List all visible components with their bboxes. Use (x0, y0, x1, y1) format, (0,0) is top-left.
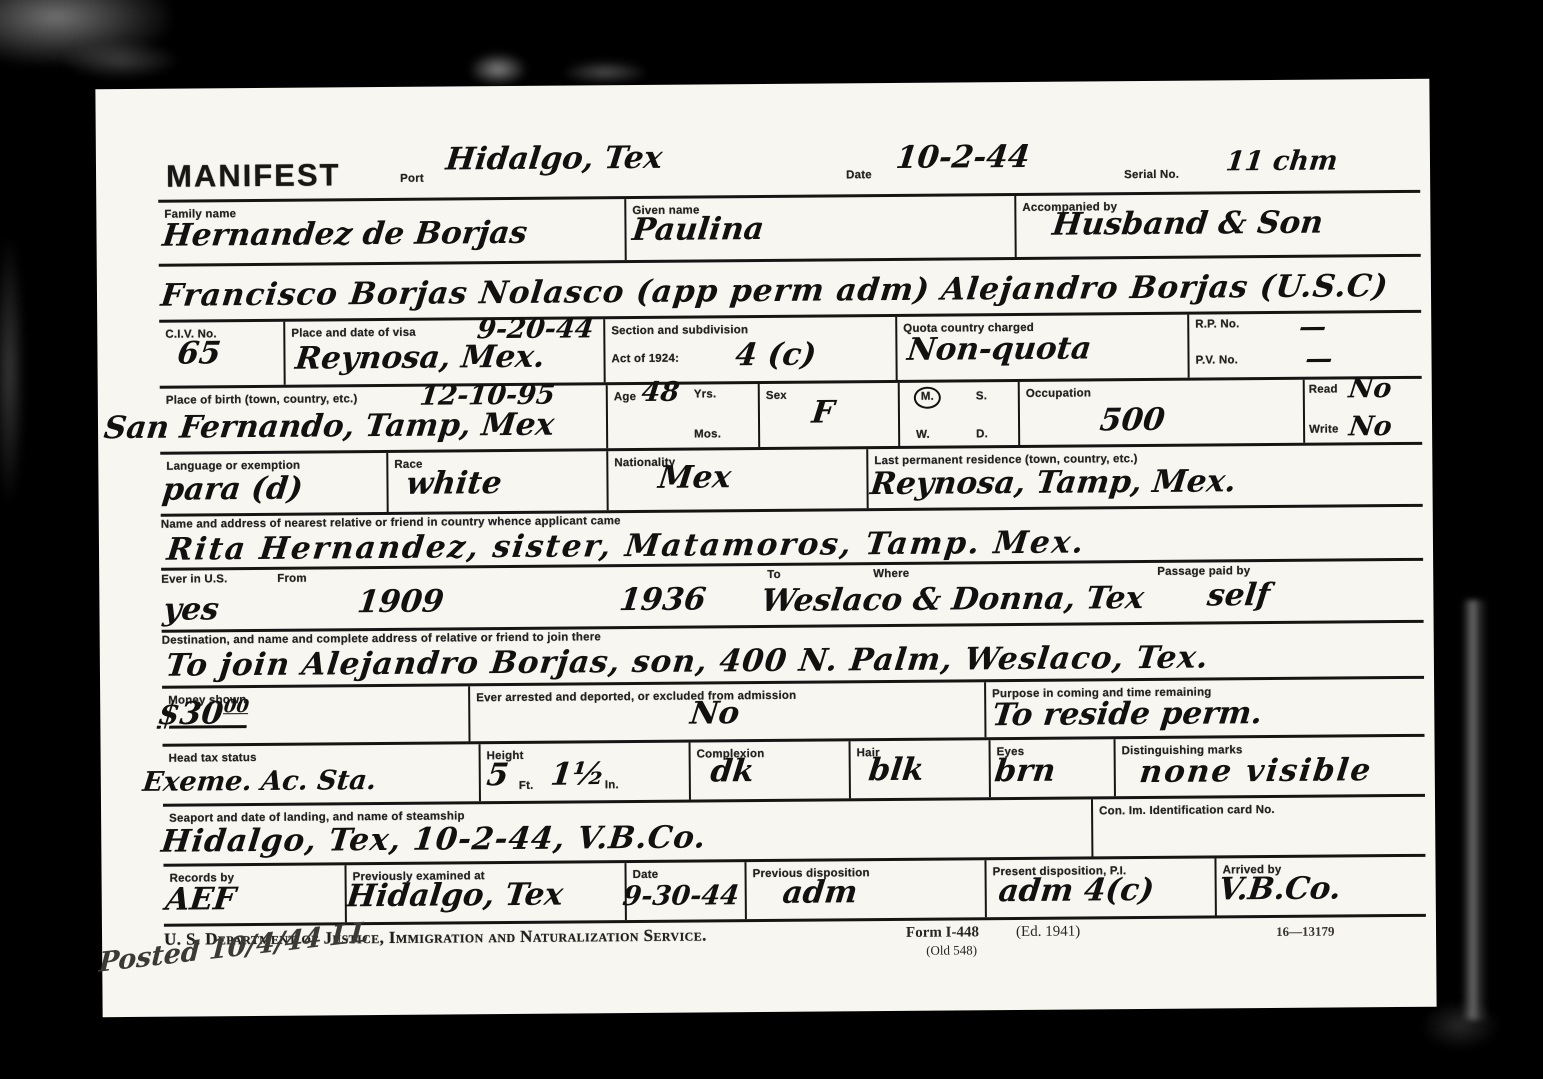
given-name-cell: Given name Paulina (626, 196, 1016, 260)
records-by-value: AEF (164, 884, 237, 916)
serial-label: Serial No. (1124, 169, 1179, 182)
family-name-value: Hernandez de Borjas (161, 218, 529, 252)
serial-value: 11 chm (1224, 147, 1339, 175)
to-label: To (767, 569, 781, 582)
hair-cell: Hair blk (851, 740, 991, 798)
passage-value: self (1206, 580, 1272, 612)
race-value: white (405, 468, 504, 500)
write-label: Write (1309, 423, 1339, 436)
birth-label: Place of birth (town, country, etc.) (166, 393, 358, 408)
age-label: Age (614, 391, 636, 404)
seaport-value: Hidalgo, Tex, 10-2-44, V.B.Co. (160, 822, 709, 857)
accompanying-persons-row: Francisco Borjas Nolasco (app perm adm) … (159, 257, 1421, 323)
form-edition: (Ed. 1941) (1016, 924, 1080, 942)
birth-place-value: San Fernando, Tamp, Mex (102, 410, 556, 445)
scan-smudge (1420, 1000, 1500, 1050)
birth-row: Place of birth (town, country, etc.) 12-… (160, 379, 1422, 455)
marks-value: none visible (1138, 755, 1374, 788)
rp-label: R.P. No. (1195, 318, 1239, 331)
to-value: 1936 (618, 584, 708, 616)
purpose-cell: Purpose in coming and time remaining To … (986, 679, 1424, 737)
scan-edge-strip (1462, 600, 1488, 1020)
marital-divorced: D. (976, 428, 988, 441)
section-label: Section and subdivision (611, 324, 748, 338)
pv-value: — (1304, 346, 1334, 373)
family-name-cell: Family name Hernandez de Borjas (158, 199, 626, 264)
age-mos-label: Mos. (694, 428, 721, 441)
port-value: Hidalgo, Tex (444, 143, 664, 176)
from-value: 1909 (356, 587, 446, 619)
section-cell: Section and subdivision Act of 1924: 4 (… (605, 317, 897, 382)
visa-place-date-cell: Place and date of visa 9-20-44 Reynosa, … (285, 319, 605, 385)
age-cell: Age 48 Yrs. Mos. (608, 384, 760, 448)
marital-single: S. (976, 390, 987, 403)
money-value: $3000 (156, 698, 249, 730)
scan-smudge (0, 0, 170, 65)
civ-cell: C.I.V. No. 65 (159, 322, 285, 386)
seaport-cell: Seaport and date of landing, and name of… (163, 799, 1091, 863)
examined-date-cell: Date 9-30-44 (626, 862, 746, 920)
language-cell: Language or exemption para (d) (160, 453, 388, 514)
form-old-number: (Old 548) (926, 942, 977, 958)
residence-cell: Last permanent residence (town, country,… (868, 445, 1422, 508)
headtax-cell: Head tax status Exeme. Ac. Sta. (163, 744, 481, 803)
arrested-value: No (689, 698, 742, 729)
height-in-label: In. (605, 779, 619, 792)
sex-cell: Sex F (760, 383, 900, 447)
eyes-value: brn (993, 756, 1057, 788)
destination-value: To join Alejandro Borjas, son, 400 N. Pa… (164, 643, 1210, 682)
previous-disposition-value: adm (781, 877, 859, 909)
occupation-label: Occupation (1026, 387, 1091, 401)
money-cell: Money shown $3000 (162, 686, 470, 743)
scan-smudge (60, 40, 180, 80)
visa-row: C.I.V. No. 65 Place and date of visa 9-2… (159, 313, 1421, 389)
header-row: MANIFEST Port Hidalgo, Tex Date 10-2-44 … (158, 129, 1420, 203)
eyes-cell: Eyes brn (991, 739, 1116, 797)
quota-cell: Quota country charged Non-quota (897, 315, 1189, 380)
given-name-value: Paulina (631, 214, 766, 246)
height-ft-label: Ft. (519, 780, 534, 793)
where-label: Where (873, 568, 909, 581)
form-number: Form I-448 (906, 924, 979, 942)
hair-value: blk (867, 755, 925, 786)
headtax-label: Head tax status (169, 752, 257, 766)
write-value: No (1348, 413, 1394, 440)
where-value: Weslaco & Donna, Tex (760, 583, 1146, 617)
examined-cell: Previously examined at Hidalgo, Tex (346, 863, 626, 922)
height-in-value: 1½ (549, 759, 606, 790)
read-value: No (1347, 375, 1393, 402)
birth-cell: Place of birth (town, country, etc.) 12-… (160, 385, 608, 452)
records-row: Records by AEF Previously examined at Hi… (163, 857, 1425, 927)
arrested-label: Ever arrested and deported, or excluded … (476, 690, 796, 706)
relative-value: Rita Hernandez, sister, Matamoros, Tamp.… (165, 527, 1087, 565)
names-row: Family name Hernandez de Borjas Given na… (158, 193, 1420, 267)
present-disposition-value: adm 4(c) (997, 875, 1156, 907)
accompanying-persons-value: Francisco Borjas Nolasco (app perm adm) … (159, 271, 1390, 312)
admission-row: Money shown $3000 Ever arrested and depo… (162, 679, 1424, 747)
act-value: 4 (c) (734, 340, 818, 372)
language-value: para (d) (161, 474, 305, 506)
visa-place-value: Reynosa, Mex. (294, 342, 547, 375)
manifest-content: MANIFEST Port Hidalgo, Tex Date 10-2-44 … (158, 129, 1427, 973)
us-history-row: Ever in U.S. yes From 1909 To 1936 Where… (161, 561, 1423, 633)
accompanied-value: Husband & Son (1051, 208, 1325, 241)
ever-in-us-value: yes (162, 594, 221, 625)
sex-value: F (810, 397, 836, 428)
headtax-value: Exeme. Ac. Sta. (141, 767, 378, 796)
examined-date-value: 9-30-44 (621, 882, 740, 910)
marital-married-circled: M. (914, 387, 941, 409)
id-card-label: Con. Im. Identification card No. (1099, 804, 1275, 818)
complexion-cell: Complexion dk (691, 741, 851, 799)
scan-smudge (560, 60, 650, 86)
age-yrs-label: Yrs. (694, 388, 717, 401)
date-value: 10-2-44 (894, 142, 1031, 174)
quota-value: Non-quota (906, 333, 1093, 365)
read-label: Read (1309, 384, 1338, 397)
sex-label: Sex (766, 390, 787, 403)
manifest-title: MANIFEST (166, 157, 341, 194)
purpose-value: To reside perm. (991, 698, 1264, 731)
rp-pv-cell: R.P. No. — P.V. No. — (1189, 313, 1421, 378)
act-label: Act of 1924: (611, 353, 679, 367)
complexion-value: dk (709, 756, 756, 787)
visa-place-date-label: Place and date of visa (291, 327, 416, 341)
relative-row: Name and address of nearest relative or … (161, 507, 1423, 571)
occupation-value: 500 (1098, 405, 1166, 437)
arrived-by-value: V.B.Co. (1217, 873, 1343, 905)
nationality-value: Mex (657, 462, 733, 494)
pv-label: P.V. No. (1195, 354, 1238, 367)
landing-row: Seaport and date of landing, and name of… (163, 797, 1425, 867)
marks-cell: Distinguishing marks none visible (1116, 737, 1425, 796)
accompanied-cell: Accompanied by Husband & Son (1016, 193, 1420, 257)
from-label: From (277, 573, 307, 586)
previous-disposition-cell: Previous disposition adm (746, 860, 986, 919)
arrested-cell: Ever arrested and deported, or excluded … (470, 682, 986, 741)
height-ft-value: 5 (485, 760, 510, 791)
print-code: 16—13179 (1276, 924, 1335, 940)
scan-smudge (0, 240, 24, 500)
present-disposition-cell: Present disposition, P.I. adm 4(c) (986, 858, 1216, 917)
physical-row: Head tax status Exeme. Ac. Sta. Height 5… (163, 737, 1425, 807)
port-label: Port (400, 173, 424, 186)
arrived-by-cell: Arrived by V.B.Co. (1216, 857, 1425, 916)
read-write-cell: Read No Write No (1305, 379, 1422, 443)
date-label: Date (846, 169, 872, 182)
records-by-cell: Records by AEF (163, 865, 346, 923)
civ-value: 65 (176, 338, 223, 369)
height-cell: Height 5 Ft. 1½ In. (481, 743, 691, 802)
destination-row: Destination, and name and complete addre… (162, 623, 1424, 689)
id-card-cell: Con. Im. Identification card No. (1091, 797, 1425, 857)
ever-in-us-label: Ever in U.S. (161, 573, 227, 587)
manifest-card: MANIFEST Port Hidalgo, Tex Date 10-2-44 … (95, 79, 1436, 1017)
residence-value: Reynosa, Tamp, Mex. (869, 466, 1238, 500)
scan-smudge (468, 52, 528, 88)
examined-value: Hidalgo, Tex (345, 880, 565, 913)
marital-widowed: W. (916, 429, 930, 442)
marital-status-cell: M. S. W. D. (900, 382, 1020, 446)
nationality-cell: Nationality Mex (608, 449, 868, 510)
profile-row: Language or exemption para (d) Race whit… (160, 445, 1422, 517)
birth-date-value: 12-10-95 (418, 382, 556, 410)
rp-value: — (1298, 314, 1328, 341)
age-value: 48 (640, 379, 681, 406)
race-cell: Race white (388, 451, 608, 512)
occupation-cell: Occupation 500 (1020, 380, 1305, 445)
